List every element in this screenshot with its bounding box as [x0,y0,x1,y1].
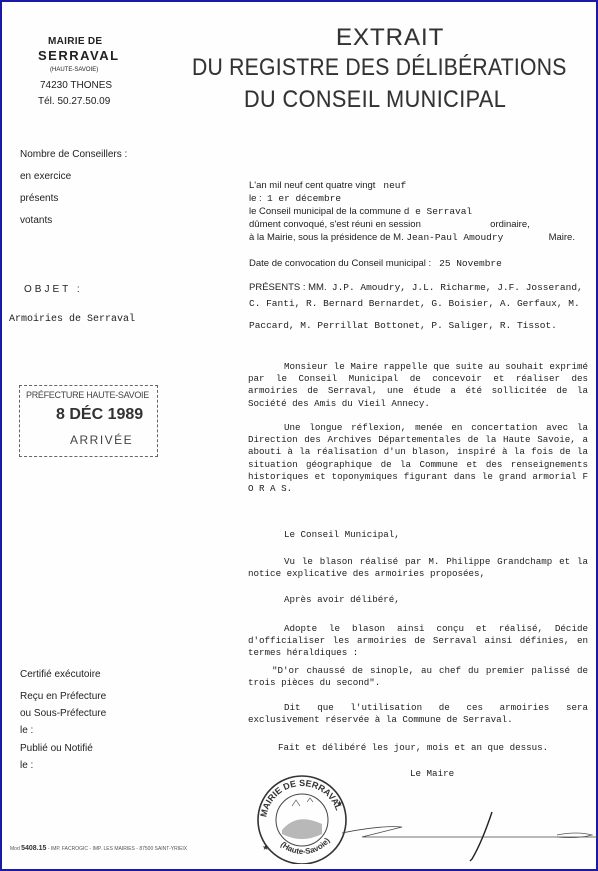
printer-footer: Mod 5408.15 - IMP. FACROGIC - IMP. LES M… [10,845,187,852]
paragraph-conseil: Le Conseil Municipal, [248,529,588,541]
title-line2: DU REGISTRE DES DÉLIBÉRATIONS [192,54,567,82]
commune-value: d e Serraval [404,206,472,217]
objet-value: Armoiries de Serraval [9,314,135,325]
presents-label: PRÉSENTS : MM. [249,282,327,293]
convocation-line: Date de convocation du Conseil municipal… [249,258,502,269]
letterhead-line1: MAIRIE DE [48,36,102,47]
stamp-prefecture: PRÉFECTURE HAUTE-SAVOIE [26,390,149,400]
label-nombre-conseillers: Nombre de Conseillers : [20,149,127,160]
mayor-signature [342,797,598,867]
paragraph-dit: Dit que l'utilisation de ces armoiries s… [248,702,588,726]
paragraph-adopte: Adopte le blason ainsi conçu et réalisé,… [248,623,588,660]
session-line: dûment convoqué, s'est réuni en session … [249,219,530,230]
mairie-seal-icon: MAIRIE DE SERRAVAL (Haute-Savoie) ★ ★ [252,772,352,864]
presidence-value: Jean-Paul Amoudry [406,232,503,243]
date-prefix: le : [249,193,262,204]
presents-line3: Paccard, M. Perrillat Bottonet, P. Salig… [249,320,557,331]
signature-label: Le Maire [410,768,454,780]
label-votants: votants [20,215,52,226]
letterhead-line2: SERRAVAL [38,48,120,63]
label-le-2: le : [20,760,33,771]
session-prefix: dûment convoqué, s'est réuni en session [249,219,421,230]
convocation-value: 25 Novembre [439,258,502,269]
letterhead-line4: 74230 THONES [40,80,112,91]
stamp-date: 8 DÉC 1989 [56,406,143,424]
paragraph-fait: Fait et délibéré les jour, mois et an qu… [248,742,588,754]
label-objet: OBJET : [24,284,83,295]
title-line1: EXTRAIT [336,24,444,52]
year-prefix: L'an mil neuf cent quatre vingt [249,180,375,191]
label-le-1: le : [20,725,33,736]
presidence-prefix: à la Mairie, sous la présidence de M. [249,232,404,243]
svg-text:★: ★ [262,843,269,852]
label-en-exercice: en exercice [20,171,71,182]
label-recu: Reçu en Préfecture [20,691,106,702]
presents-line2: C. Fanti, R. Bernard Bernardet, G. Boisi… [249,298,580,309]
stamp-arrivee: ARRIVÉE [70,433,133,447]
paragraph-rappel: Monsieur le Maire rappelle que suite au … [248,361,588,410]
year-line: L'an mil neuf cent quatre vingt neuf [249,180,406,191]
letterhead-line3: (HAUTE-SAVOIE) [50,67,98,73]
letterhead-phone: Tél. 50.27.50.09 [38,96,110,107]
session-value: ordinaire, [490,219,530,230]
presents-names1: J.P. Amoudry, J.L. Richarme, J.F. Josser… [332,282,583,293]
paragraph-blason-quote: "D'or chaussé de sinople, au chef du pre… [248,665,588,689]
svg-text:MAIRIE DE SERRAVAL: MAIRIE DE SERRAVAL [258,778,344,818]
paragraph-apres: Après avoir délibéré, [248,594,588,606]
convocation-prefix: Date de convocation du Conseil municipal… [249,258,431,269]
document-page: MAIRIE DE SERRAVAL (HAUTE-SAVOIE) 74230 … [0,0,598,871]
label-ou-sous-prefecture: ou Sous-Préfecture [20,708,106,719]
presidence-role: Maire. [549,232,575,243]
paragraph-reflexion: Une longue réflexion, menée en concertat… [248,422,588,495]
date-value: 1 er décembre [267,193,341,204]
year-suffix: neuf [383,180,406,191]
date-line: le : 1 er décembre [249,193,341,204]
commune-prefix: le Conseil municipal de la commune [249,206,401,217]
title-line3: DU CONSEIL MUNICIPAL [244,86,506,114]
prefecture-stamp: PRÉFECTURE HAUTE-SAVOIE 8 DÉC 1989 ARRIV… [19,385,158,457]
presidence-line: à la Mairie, sous la présidence de M. Je… [249,232,575,243]
label-presents: présents [20,193,58,204]
label-publie: Publié ou Notifié [20,743,93,754]
label-certifie: Certifié exécutoire [20,669,101,680]
commune-line: le Conseil municipal de la commune d e S… [249,206,472,217]
paragraph-vu: Vu le blason réalisé par M. Philippe Gra… [248,556,588,580]
presents-line1: PRÉSENTS : MM. J.P. Amoudry, J.L. Richar… [249,282,583,293]
